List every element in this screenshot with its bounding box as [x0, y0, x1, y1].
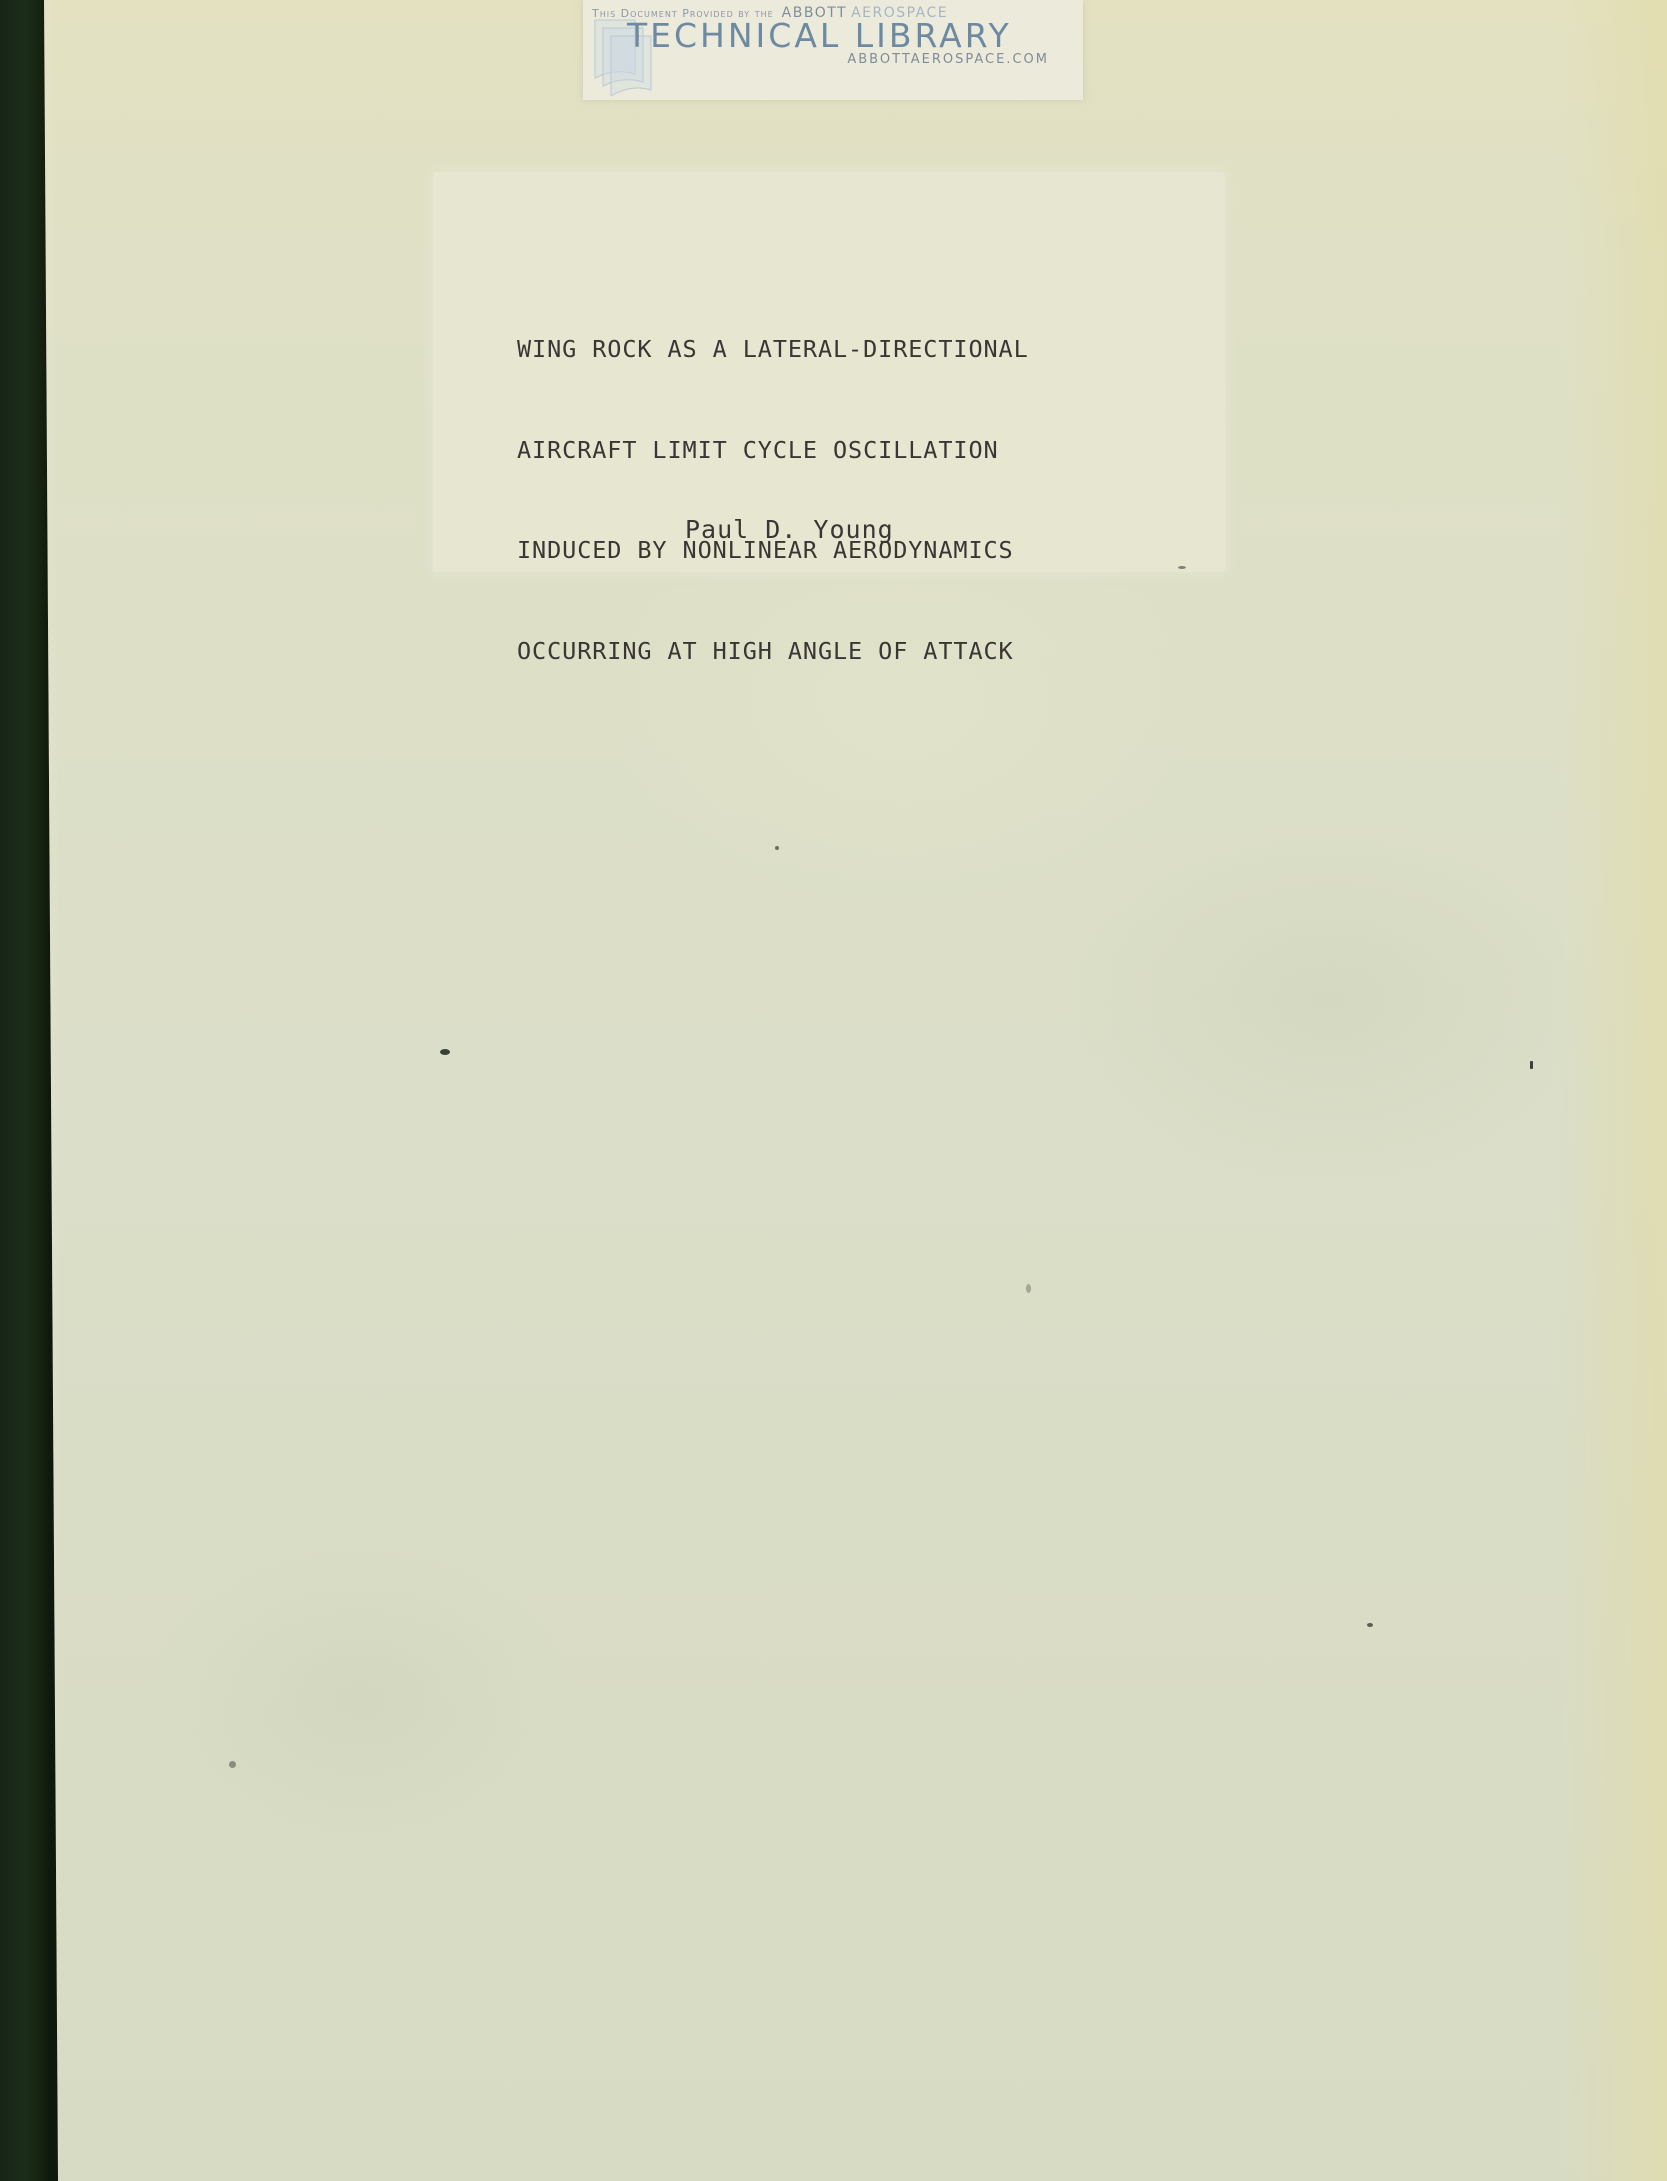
title-line: OCCURRING AT HIGH ANGLE OF ATTACK [517, 635, 1029, 669]
banner-url: ABBOTTAEROSPACE.COM [847, 52, 1049, 67]
document-title: WING ROCK AS A LATERAL-DIRECTIONAL AIRCR… [517, 266, 1029, 702]
document-author: Paul D. Young [685, 514, 894, 546]
scan-speck [1178, 566, 1186, 569]
title-line: AIRCRAFT LIMIT CYCLE OSCILLATION [517, 434, 1029, 468]
title-line: WING ROCK AS A LATERAL-DIRECTIONAL [517, 333, 1029, 367]
scan-speck [775, 846, 779, 850]
scan-speck [229, 1761, 236, 1768]
scan-speck [1026, 1284, 1031, 1293]
scan-speck [1367, 1623, 1373, 1627]
abbott-technical-library-banner: This Document Provided by theABBOTTAEROS… [583, 0, 1083, 100]
scan-speck [440, 1049, 450, 1055]
scan-speck [1530, 1061, 1533, 1069]
banner-title: TECHNICAL LIBRARY [627, 16, 1012, 56]
